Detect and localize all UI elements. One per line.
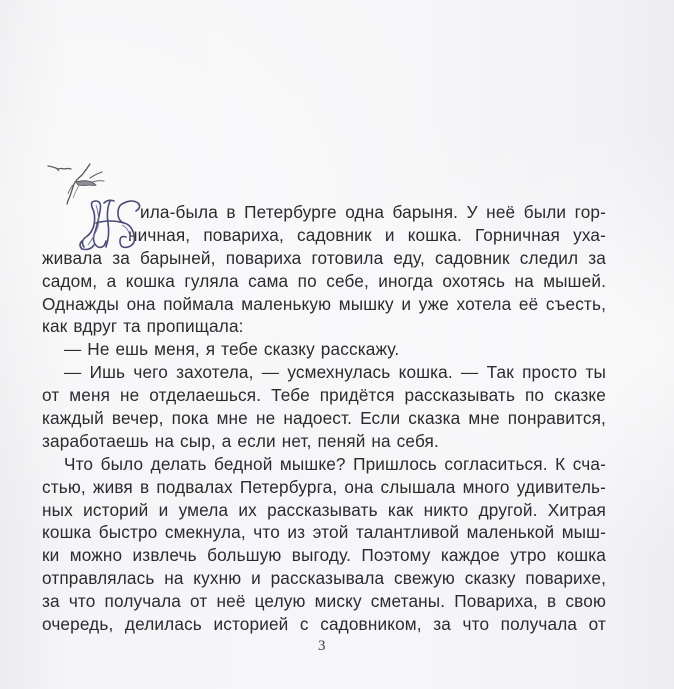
text-line: ки можно извлечь большую выгоду. Поэтому… <box>42 544 606 567</box>
text-line: от меня не отделаешься. Тебе придётся ра… <box>42 384 606 407</box>
story-text: ила-была в Петербурге одна барыня. У неё… <box>42 201 606 636</box>
text-line: отправлялась на кухню и рассказывала све… <box>42 567 606 590</box>
paragraph-4: Что было делать бедной мышке? Пришлось с… <box>42 453 606 636</box>
book-page: ила-была в Петербурге одна барыня. У неё… <box>0 0 674 689</box>
text-line: как вдруг та пропищала: <box>42 315 606 338</box>
text-line: стью, живя в подвалах Петербурга, она сл… <box>42 476 606 499</box>
text-line: — Ишь чего захотела, — усмехнулась кошка… <box>42 361 606 384</box>
text-line: заработаешь на сыр, а если нет, пеняй на… <box>42 430 606 453</box>
paragraph-2: — Не ешь меня, я тебе сказку расскажу. <box>42 338 606 361</box>
text-line: садом, а кошка гуляла сама по себе, иног… <box>42 270 606 293</box>
text-line: ных историй и умела их рассказывать как … <box>42 499 606 522</box>
text-line: — Не ешь меня, я тебе сказку расскажу. <box>42 338 606 361</box>
text-line: Однажды она поймала маленькую мышку и уж… <box>42 293 606 316</box>
page-number: 3 <box>318 638 326 655</box>
text-line: очередь, делилась историей с садовником,… <box>42 613 606 636</box>
text-line: за что получала от неё целую миску смета… <box>42 590 606 613</box>
text-line: кошка быстро смекнула, что из этой талан… <box>42 521 606 544</box>
text-line: каждый вечер, пока мне не надоест. Если … <box>42 407 606 430</box>
text-line: Что было делать бедной мышке? Пришлось с… <box>42 453 606 476</box>
drop-cap-zh <box>78 197 144 251</box>
paragraph-3: — Ишь чего захотела, — усмехнулась кошка… <box>42 361 606 453</box>
